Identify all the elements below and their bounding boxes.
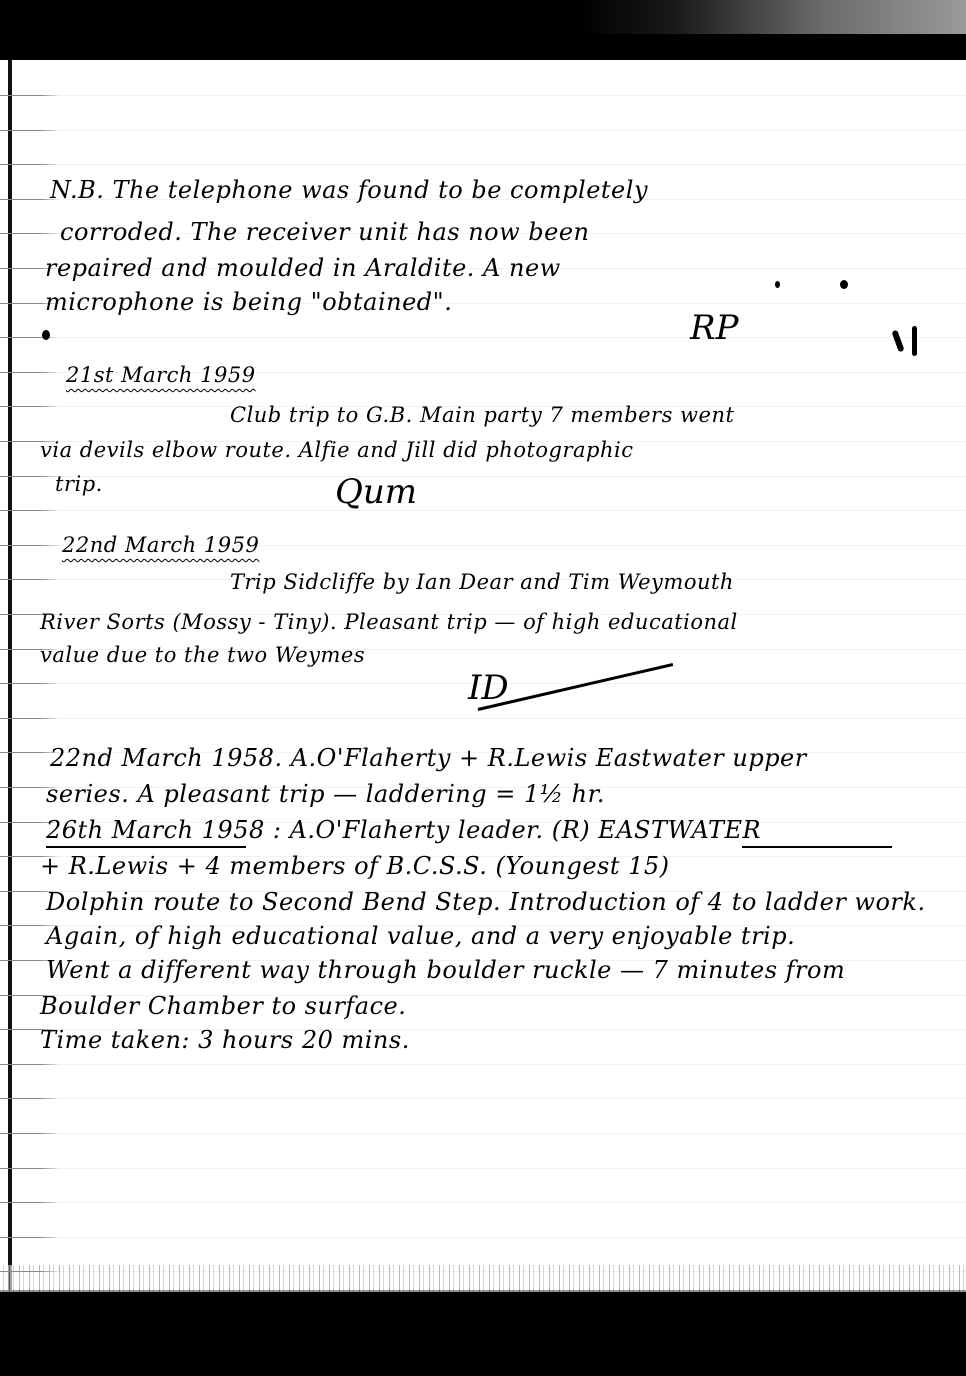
eastwater-underline [742, 846, 892, 848]
ruled-line [0, 164, 966, 165]
scan-bottom-border [0, 1292, 966, 1376]
note-line: microphone is being "obtained". [45, 290, 452, 314]
ruled-line [0, 1202, 966, 1203]
ruled-line [0, 337, 966, 338]
entry-line: Went a different way through boulder ruc… [46, 958, 845, 982]
ruled-line [0, 510, 966, 511]
ruled-line [0, 1271, 966, 1272]
entry-line: 22nd March 1958. A.O'Flaherty + R.Lewis … [50, 746, 807, 770]
ink-speck [775, 281, 780, 288]
ruled-line [0, 1237, 966, 1238]
entry-line: + R.Lewis + 4 members of B.C.S.S. (Young… [40, 854, 670, 878]
ruled-line [0, 718, 966, 719]
scan-bottom-noise [0, 1265, 966, 1295]
entry-line: Club trip to G.B. Main party 7 members w… [230, 405, 734, 426]
entry-line: value due to the two Weymes [40, 645, 365, 666]
ruled-line [0, 1168, 966, 1169]
ruled-line [0, 1098, 966, 1099]
ruled-line [0, 1064, 966, 1065]
margin-line [8, 60, 12, 1290]
entry-date: 22nd March 1959 [62, 535, 259, 556]
ink-speck [840, 280, 848, 289]
scan-top-border [0, 0, 966, 62]
note-line: N.B. The telephone was found to be compl… [50, 178, 648, 202]
ink-speck [42, 330, 50, 340]
date-underline [46, 846, 246, 848]
entry-signature: Qum [335, 472, 417, 512]
ruled-line [0, 476, 966, 477]
ink-speck [912, 326, 917, 356]
entry-date: 21st March 1959 [66, 365, 256, 386]
entry-line: Time taken: 3 hours 20 mins. [40, 1028, 410, 1052]
note-line: corroded. The receiver unit has now been [60, 220, 590, 244]
ruled-line [0, 95, 966, 96]
entry-line: series. A pleasant trip — laddering = 1½… [46, 782, 605, 806]
note-line: repaired and moulded in Araldite. A new [45, 256, 561, 280]
ruled-line [0, 1133, 966, 1134]
entry-line: Dolphin route to Second Bend Step. Intro… [46, 890, 926, 914]
entry-line: Boulder Chamber to surface. [40, 994, 406, 1018]
ruled-line [0, 130, 966, 131]
entry-line: via devils elbow route. Alfie and Jill d… [40, 440, 634, 461]
entry-line: River Sorts (Mossy - Tiny). Pleasant tri… [40, 612, 738, 633]
entry-line: 26th March 1958 : A.O'Flaherty leader. (… [46, 818, 761, 842]
entry-line: Trip Sidcliffe by Ian Dear and Tim Weymo… [230, 572, 734, 593]
note-signature: RP [690, 308, 738, 348]
entry-line: trip. [55, 474, 103, 495]
entry-line: Again, of high educational value, and a … [46, 924, 795, 948]
